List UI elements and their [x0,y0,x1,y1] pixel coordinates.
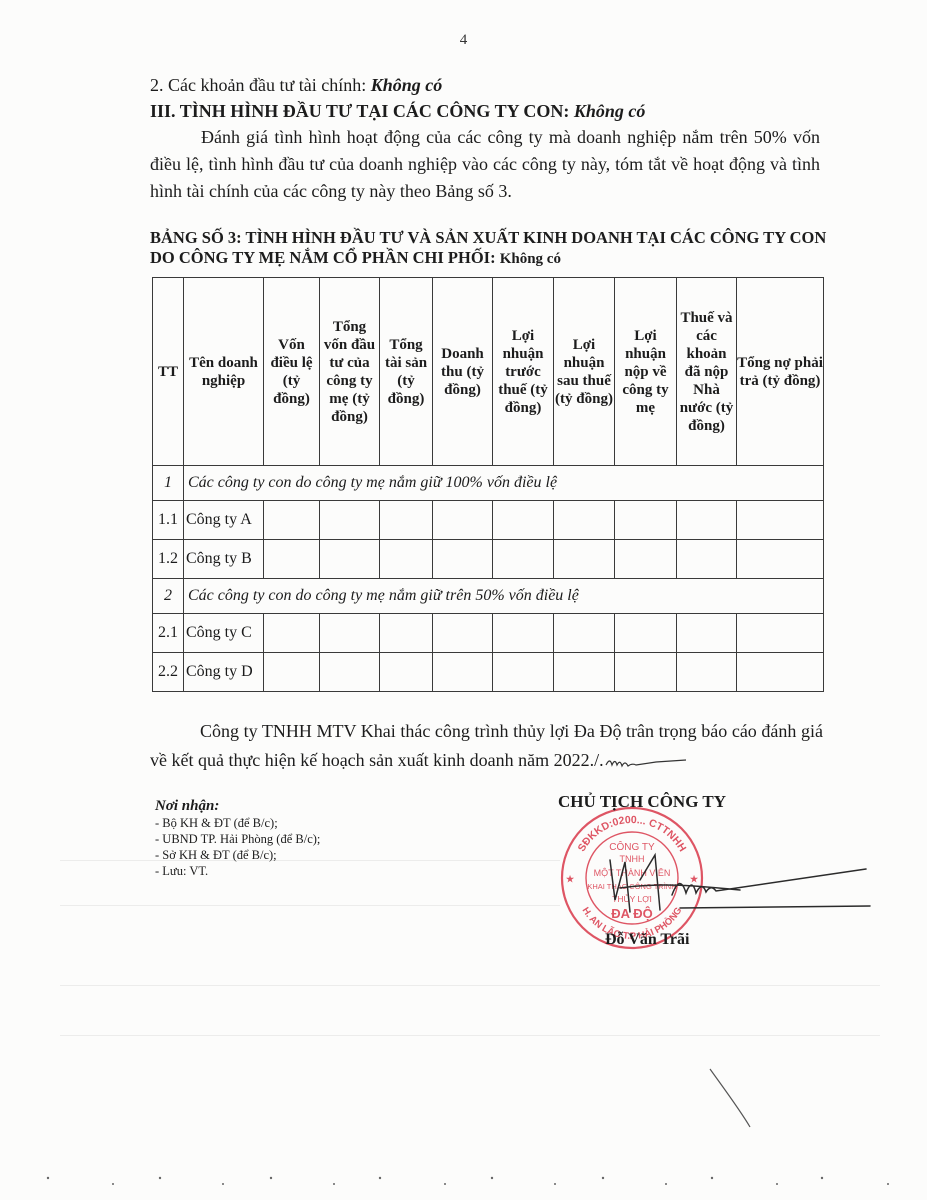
handwritten-signature-icon [600,840,880,925]
recipients-block: Nơi nhận: - Bộ KH & ĐT (để B/c); - UBND … [155,797,320,879]
cell [677,501,737,540]
section-3-label: III. TÌNH HÌNH ĐẦU TƯ TẠI CÁC CÔNG TY CO… [150,101,574,121]
cell [264,540,320,579]
cell [677,614,737,653]
header-profit-before-tax: Lợi nhuận trước thuế (tỷ đồng) [493,278,554,466]
table-title-text: BẢNG SỐ 3: TÌNH HÌNH ĐẦU TƯ VÀ SẢN XUẤT … [150,228,826,267]
cell [615,501,677,540]
cell [320,653,380,692]
group-label: Các công ty con do công ty mẹ nắm giữ 10… [184,466,824,501]
row-company-name: Công ty D [184,653,264,692]
recipient-item: - Bộ KH & ĐT (để B/c); [155,815,320,831]
recipient-item: - Lưu: VT. [155,863,320,879]
group-tt: 1 [153,466,184,501]
header-tt: TT [153,278,184,466]
intro-paragraph: Đánh giá tình hình hoạt động của các côn… [150,124,820,205]
section-2-label: 2. Các khoản đầu tư tài chính: [150,75,371,95]
cell [615,653,677,692]
cell [264,614,320,653]
header-parent-investment: Tổng vốn đầu tư của công ty mẹ (tỷ đồng) [320,278,380,466]
cell [264,653,320,692]
cell [320,540,380,579]
scan-dots [0,1170,927,1190]
cell [737,653,824,692]
cell [737,540,824,579]
page-number: 4 [0,32,927,49]
cell [677,540,737,579]
cell [493,653,554,692]
header-total-assets: Tổng tài sản (tỷ đồng) [380,278,433,466]
cell [737,501,824,540]
subsidiaries-table: TT Tên doanh nghiệp Vốn điều lệ (tỷ đồng… [152,277,824,692]
scan-artifact [60,1035,880,1036]
header-profit-to-parent: Lợi nhuận nộp về công ty mẹ [615,278,677,466]
group-row-1: 1 Các công ty con do công ty mẹ nắm giữ … [153,466,824,501]
row-tt: 1.1 [153,501,184,540]
closing-text: Công ty TNHH MTV Khai thác công trình th… [150,721,823,770]
table-row: 2.1 Công ty C [153,614,824,653]
header-total-liabilities: Tổng nợ phải trả (tỷ đồng) [737,278,824,466]
cell [380,614,433,653]
section-3-heading: III. TÌNH HÌNH ĐẦU TƯ TẠI CÁC CÔNG TY CO… [150,98,820,124]
row-tt: 2.1 [153,614,184,653]
recipients-heading: Nơi nhận: [155,797,320,815]
table-title: BẢNG SỐ 3: TÌNH HÌNH ĐẦU TƯ VÀ SẢN XUẤT … [150,228,830,269]
cell [380,540,433,579]
cell [380,653,433,692]
signer-name: Đỗ Văn Trãi [605,931,689,949]
group-tt: 2 [153,579,184,614]
scan-artifact [60,985,880,986]
recipient-item: - Sở KH & ĐT (để B/c); [155,847,320,863]
header-company-name: Tên doanh nghiệp [184,278,264,466]
cell [493,540,554,579]
cell [554,653,615,692]
cell [320,614,380,653]
cell [677,653,737,692]
cell [554,614,615,653]
table-title-tail: Không có [500,251,561,267]
section-2-value: Không có [371,75,443,95]
table-row: 2.2 Công ty D [153,653,824,692]
svg-text:★: ★ [566,874,575,884]
cell [554,540,615,579]
cell [264,501,320,540]
cell [320,501,380,540]
closing-paragraph: Công ty TNHH MTV Khai thác công trình th… [150,717,823,775]
header-profit-after-tax: Lợi nhuận sau thuế (tỷ đồng) [554,278,615,466]
cell [433,501,493,540]
row-company-name: Công ty C [184,614,264,653]
row-tt: 2.2 [153,653,184,692]
cell [433,540,493,579]
cell [554,501,615,540]
row-company-name: Công ty B [184,540,264,579]
pen-stroke-mark [700,1065,760,1135]
cell [615,614,677,653]
row-tt: 1.2 [153,540,184,579]
header-charter-capital: Vốn điều lệ (tỷ đồng) [264,278,320,466]
recipient-item: - UBND TP. Hải Phòng (để B/c); [155,831,320,847]
table-header-row: TT Tên doanh nghiệp Vốn điều lệ (tỷ đồng… [153,278,824,466]
cell [737,614,824,653]
group-label: Các công ty con do công ty mẹ nắm giữ tr… [184,579,824,614]
cell [615,540,677,579]
table-row: 1.1 Công ty A [153,501,824,540]
section-2-investments: 2. Các khoản đầu tư tài chính: Không có [150,72,820,98]
table-row: 1.2 Công ty B [153,540,824,579]
cell [433,653,493,692]
initials-scribble-icon [604,755,694,769]
signature-title: CHỦ TỊCH CÔNG TY [558,792,726,812]
cell [493,501,554,540]
row-company-name: Công ty A [184,501,264,540]
cell [433,614,493,653]
section-3-value: Không có [574,101,646,121]
header-revenue: Doanh thu (tỷ đồng) [433,278,493,466]
scan-artifact [60,905,560,906]
header-taxes-paid: Thuế và các khoản đã nộp Nhà nước (tỷ đồ… [677,278,737,466]
cell [380,501,433,540]
group-row-2: 2 Các công ty con do công ty mẹ nắm giữ … [153,579,824,614]
cell [493,614,554,653]
